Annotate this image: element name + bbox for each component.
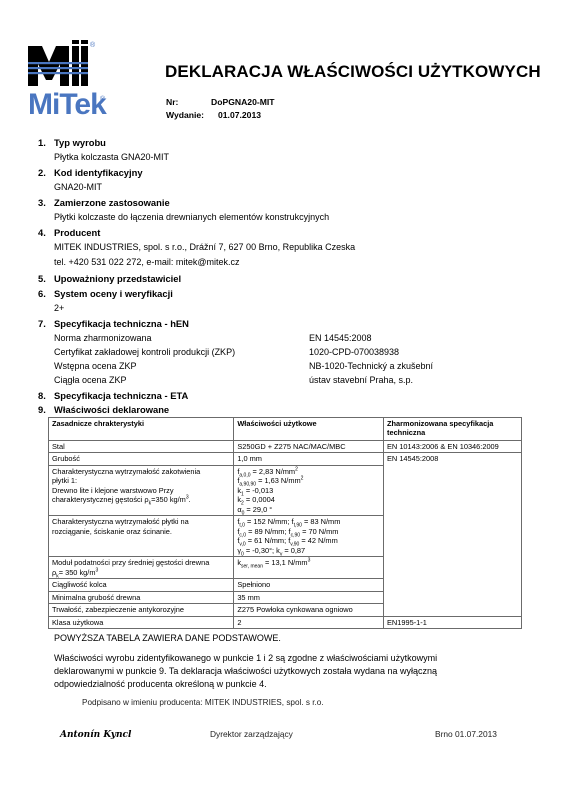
producer-address: MITEK INDUSTRIES, spol. s r.o., Drážní 7… xyxy=(54,243,355,252)
section-3-value: Płytki kolczaste do łączenia drewnianych… xyxy=(54,213,329,222)
place-date: Brno 01.07.2013 xyxy=(435,729,497,739)
section-7: 7.Specyfikacja techniczna - hEN xyxy=(38,319,189,328)
table-row: Klasa użytkowa 2 EN1995-1-1 xyxy=(49,616,522,628)
section-4: 4.Producent xyxy=(38,228,100,237)
section-6-value: 2+ xyxy=(54,304,64,313)
column-header: Właściwości użytkowe xyxy=(234,418,384,441)
spec-value: ústav stavební Praha, s.p. xyxy=(309,376,413,385)
spec-value: 1020-CPD-070038938 xyxy=(309,348,399,357)
section-heading: System oceny i weryfikacji xyxy=(54,288,173,299)
section-heading: Specyfikacja techniczna - hEN xyxy=(54,318,189,329)
section-6: 6.System oceny i weryfikacji xyxy=(38,289,173,298)
conformity-statement: Właściwości wyrobu zidentyfikowanego w p… xyxy=(54,652,437,691)
column-header: Zasadnicze chrakterystyki xyxy=(49,418,234,441)
spec-label: Certyfikat zakładowej kontroli produkcji… xyxy=(54,348,235,357)
section-heading: Producent xyxy=(54,227,100,238)
section-heading: Specyfikacja techniczna - ETA xyxy=(54,390,188,401)
declared-properties-table: Zasadnicze chrakterystyki Właściwości uż… xyxy=(48,417,522,629)
section-1: 1.Typ wyrobu xyxy=(38,138,106,147)
edition-label: Wydanie: xyxy=(166,110,218,120)
signed-on-behalf: Podpisano w imieniu producenta: MITEK IN… xyxy=(82,698,324,707)
table-row: Stal S250GD + Z275 NAC/MAC/MBC EN 10143:… xyxy=(49,441,522,453)
section-heading: Właściwości deklarowane xyxy=(54,404,169,415)
signatory-role: Dyrektor zarządzający xyxy=(210,729,293,739)
edition-value: 01.07.2013 xyxy=(218,110,261,120)
signature: Antonín Kyncl xyxy=(60,730,131,740)
section-8: 8.Specyfikacja techniczna - ETA xyxy=(38,391,188,400)
section-1-value: Płytka kolczasta GNA20-MIT xyxy=(54,153,169,162)
document-edition: Wydanie:01.07.2013 xyxy=(166,110,261,120)
section-heading: Upoważniony przedstawiciel xyxy=(54,273,181,284)
section-heading: Kod identyfikacyjny xyxy=(54,167,143,178)
spec-value: NB-1020-Technický a zkušební xyxy=(309,362,433,371)
spec-label: Norma zharmonizowana xyxy=(54,334,152,343)
section-9: 9.Właściwości deklarowane xyxy=(38,405,169,414)
section-3: 3.Zamierzone zastosowanie xyxy=(38,198,170,207)
mitek-symbol-icon xyxy=(28,40,90,88)
registered-mark: ® xyxy=(100,96,105,103)
table-row: Grubość 1,0 mm EN 14545:2008 xyxy=(49,453,522,465)
number-value: DoPGNA20-MIT xyxy=(211,97,275,107)
logo-wordmark: MiTek xyxy=(28,90,106,120)
mitek-logo: ® MiTek ® xyxy=(28,40,98,125)
table-header-row: Zasadnicze chrakterystyki Właściwości uż… xyxy=(49,418,522,441)
basic-data-note: POWYŻSZA TABELA ZAWIERA DANE PODSTAWOWE. xyxy=(54,632,281,645)
section-2-value: GNA20-MIT xyxy=(54,183,102,192)
registered-mark: ® xyxy=(90,42,95,49)
producer-contact: tel. +420 531 022 272, e-mail: mitek@mit… xyxy=(54,258,239,267)
spec-label: Ciągła ocena ZKP xyxy=(54,376,127,385)
column-header: Zharmonizowana specyfikacja techniczna xyxy=(384,418,522,441)
section-heading: Typ wyrobu xyxy=(54,137,106,148)
document-number: Nr:DoPGNA20-MIT xyxy=(166,97,275,107)
number-label: Nr: xyxy=(166,97,211,107)
section-5: 5.Upoważniony przedstawiciel xyxy=(38,274,181,283)
section-heading: Zamierzone zastosowanie xyxy=(54,197,170,208)
document-title: DEKLARACJA WŁAŚCIWOŚCI UŻYTKOWYCH xyxy=(165,62,541,82)
spec-label: Wstępna ocena ZKP xyxy=(54,362,137,371)
spec-value: EN 14545:2008 xyxy=(309,334,372,343)
section-2: 2.Kod identyfikacyjny xyxy=(38,168,143,177)
